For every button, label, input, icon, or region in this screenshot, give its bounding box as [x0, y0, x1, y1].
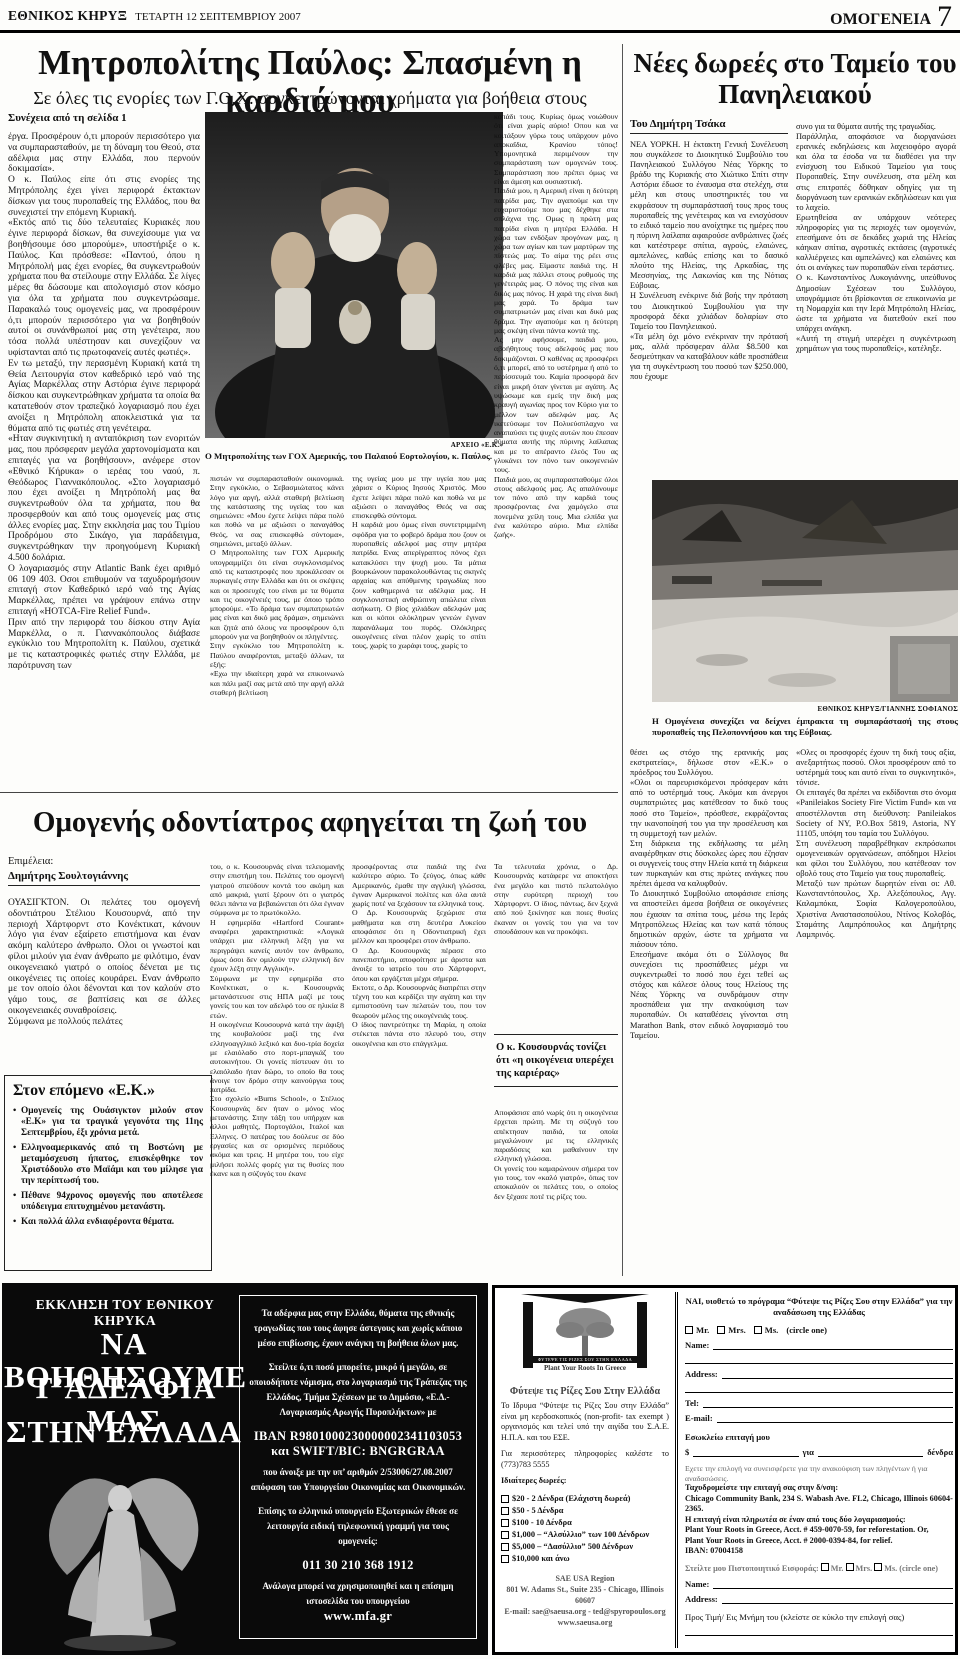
article1-column-2: πιστών να συμπαρασταθούν οικονομικά. Στη… [210, 474, 344, 780]
form-divider [675, 1292, 678, 1648]
tree-icon [550, 1304, 620, 1356]
ms-label: Ms. [884, 1564, 897, 1573]
ms-label: Ms. [765, 1325, 779, 1335]
address-label: Address: [685, 1369, 718, 1379]
sae-address-line: E-mail: sae@saeusa.org - ted@spyropoulos… [501, 1606, 669, 1617]
tel-field[interactable] [703, 1398, 953, 1408]
appeal-website: www.mfa.gr [249, 1609, 467, 1624]
roots-banner: ΦΥΤΕΨΕ ΤΙΣ ΡΙΖΕΣ ΣΟΥ ΣΤΗΝ ΕΛΛΑΔΑ [531, 1356, 639, 1363]
name-label: Name: [685, 1340, 709, 1350]
tier-checkbox[interactable] [501, 1555, 509, 1563]
right-column-1: ΝΕΑ ΥΟΡΚΗ. Η έκτακτη Γενική Συνέλευση πο… [630, 140, 788, 472]
appeal-paragraph: Στείλτε ό,τι ποσό μπορείτε, μικρό ή μεγά… [249, 1360, 467, 1420]
next-issue-item: Πέθανε 94χρονος ομογενής που αποτέλεσε υ… [13, 1191, 203, 1213]
roots-heading: Φύτεψε τις Ρίζες Σου Στην Ελλάδα [501, 1386, 669, 1397]
mr-label: Mr. [696, 1325, 709, 1335]
section-header: ΟΜΟΓΕΝΕΙΑ 7 [830, 2, 952, 32]
photo1-caption: Ο Μητροπολίτης των ΓΟΧ Αμερικής, του Παλ… [205, 451, 503, 462]
roots-logo-caption: Plant Your Roots In Greece [521, 1364, 649, 1372]
tier-checkbox[interactable] [501, 1543, 509, 1551]
appeal-ad: ΕΚΚΛΗΣΗ ΤΟΥ ΕΘΝΙΚΟΥ ΚΗΡΥΚΑ ΝΑ ΒΟΗΘΗΣΟΥΜΕ… [2, 1283, 488, 1655]
address-field[interactable] [722, 1369, 953, 1379]
cert-ms-checkbox[interactable] [874, 1563, 882, 1571]
continued-note: Συνέχεια από τη σελίδα 1 [8, 112, 200, 124]
form-note: Εχετε την επιλογή να συνεισφέρετε για τη… [685, 1464, 953, 1483]
appeal-iban: IBAN R9801000230000002341103053 [249, 1429, 467, 1444]
email-label: E-mail: [685, 1413, 713, 1423]
bank-address: Chicago Community Bank, 234 S. Wabash Av… [685, 1494, 953, 1515]
cert-mrs-checkbox[interactable] [846, 1563, 854, 1571]
account-line-1: Plant Your Roots in Greece, Acct. # 459-… [685, 1525, 953, 1536]
trees-label: δένδρα [927, 1447, 953, 1457]
cert-name-field[interactable] [713, 1579, 953, 1589]
fire-aftermath-photo-art [652, 480, 958, 702]
article1-column-1: έργα. Προσφέρουν ό,τι μπορούν περισσότερ… [8, 132, 200, 782]
sae-address-line: 801 W. Adams St., Suite 235 - Chicago, I… [501, 1584, 669, 1606]
newspaper-page: ΕΘΝΙΚΟΣ ΚΗΡΥΞ ΤΕΤΑΡΤΗ 12 ΣΕΠΤΕΜΒΡΙΟΥ 200… [0, 0, 960, 1659]
tier-label: $50 - 5 Δένδρα [512, 1505, 563, 1517]
amount-field[interactable] [693, 1447, 798, 1457]
mrs-label: Mrs. [856, 1564, 873, 1573]
roots-info-panel: ΦΥΤΕΨΕ ΤΙΣ ΡΙΖΕΣ ΣΟΥ ΣΤΗΝ ΕΛΛΑΔΑ Plant Y… [501, 1294, 669, 1650]
appeal-kicker: ΕΚΚΛΗΣΗ ΤΟΥ ΕΘΝΙΚΟΥ ΚΗΡΥΚΑ [14, 1297, 236, 1329]
name-field[interactable] [713, 1340, 953, 1350]
donation-tiers: $20 - 2 Δένδρα (Ελάχιστη δωρεά) $50 - 5 … [501, 1493, 669, 1565]
photo2-caption: Η Ομογένεια συνεχίζει να δείχνει έμπρακτ… [652, 716, 958, 738]
tier-label: $5,000 – “Δασύλλιο” 500 Δένδρων [512, 1541, 633, 1553]
right-column-1b: θέσει ως στόχο της ερανικής μας εκστρατε… [630, 748, 788, 1272]
salutation-row: Mr. Mrs. Ms. (circle one) [685, 1325, 953, 1335]
tier-label: $10,000 και άνω [512, 1553, 570, 1565]
appeal-paragraph: Τα αδέρφια μας στην Ελλάδα, θύματα της ε… [249, 1306, 467, 1351]
sae-address-line: SAE USA Region [501, 1573, 669, 1584]
angel-statue-image [12, 1455, 227, 1656]
circle-one-hint: (circle one) [899, 1564, 938, 1573]
article-divider [0, 792, 618, 793]
certificate-line: Στείλτε μου Πιστοποιητικό Εισφοράς: Mr. … [685, 1563, 953, 1575]
tier-label: $1,000 – “Αλσύλλιο” των 100 Δένδρων [512, 1529, 649, 1541]
tier-label: $100 - 10 Δένδρα [512, 1517, 572, 1529]
article1-column-4: κοπάδι τους. Κυρίως όμως νοιώθουν ότι εί… [494, 112, 618, 780]
appeal-swift: και SWIFT/BIC: BNGRGRAA [249, 1444, 467, 1459]
mrs-checkbox[interactable] [717, 1326, 725, 1334]
dollar-sign: $ [685, 1447, 689, 1457]
mr-checkbox[interactable] [685, 1326, 693, 1334]
address-field-line2[interactable] [685, 1383, 953, 1393]
tier-checkbox[interactable] [501, 1507, 509, 1515]
paper-name: ΕΘΝΙΚΟΣ ΚΗΡΥΞ [8, 8, 127, 23]
article1-column-3: της υγείας μου με την υγεία που μας χάρι… [352, 474, 486, 780]
appeal-details-panel: Τα αδέρφια μας στην Ελλάδα, θύματα της ε… [239, 1295, 477, 1639]
dentist-headline: Ομογενής οδοντίατρος αφηγείται τη ζωή το… [0, 806, 620, 839]
right-column-2b: «Ολες οι προσφορές έχουν τη δική τους αξ… [796, 748, 956, 1272]
roots-about: Το Ιδρυμα “Φύτεψε τις Ρίζες Σου στην Ελλ… [501, 1401, 669, 1443]
issue-date: ΤΕΤΑΡΤΗ 12 ΣΕΠΤΕΜΒΡΙΟΥ 2007 [135, 11, 301, 23]
right-column-2: συνο για τα θύματα αυτής της τραγωδίας. … [796, 122, 956, 472]
circle-one-hint: (circle one) [786, 1325, 827, 1335]
roots-logo: ΦΥΤΕΨΕ ΤΙΣ ΡΙΖΕΣ ΣΟΥ ΣΤΗΝ ΕΛΛΑΔΑ Plant Y… [521, 1294, 649, 1376]
payable-line: Η επιταγή είναι πληρωτέα σε έναν από του… [685, 1515, 953, 1526]
right-headline: Νέες δωρεές στο Ταμείο του Πανηλειακού [630, 48, 960, 110]
cert-address-field[interactable] [722, 1594, 953, 1604]
roots-info-line: Για περισσότερες πληροφορίες καλέστε το … [501, 1449, 669, 1470]
account-line-2: Plant Your Roots in Greece, Acct. # 2000… [685, 1536, 953, 1547]
cert-address-label: Address: [685, 1594, 718, 1604]
memorial-line: Προς Τιμή/ Εις Μνήμη του (κλείστε σε κύκ… [685, 1612, 953, 1622]
memorial-field[interactable] [685, 1626, 953, 1636]
metropolitan-photo [205, 112, 503, 438]
sae-address: SAE USA Region 801 W. Adams St., Suite 2… [501, 1573, 669, 1628]
dentist-column-4-top: Τα τελευταία χρόνια, ο Δρ. Κουσουρνάς κα… [494, 862, 618, 1030]
sae-website: www.saeusa.org [501, 1617, 669, 1628]
mrs-label: Mrs. [728, 1325, 745, 1335]
ms-checkbox[interactable] [754, 1326, 762, 1334]
photo2-credit: ΕΘΝΙΚΟΣ ΚΗΡΥΞ/ΓΙΑΝΝΗΣ ΣΟΦΙΑΝΟΣ [652, 705, 958, 713]
tier-checkbox[interactable] [501, 1495, 509, 1503]
trees-count-field[interactable] [818, 1447, 923, 1457]
photo1-credit: ΑΡΧΕΙΟ «Ε.Κ.» [205, 441, 503, 449]
next-issue-item: Ελληνοαμερικανός από τη Βοστώνη με μεταμ… [13, 1143, 203, 1187]
next-issue-box: Στον επόμενο «Ε.Κ.» Ομογενείς της Ουάσιγ… [4, 1075, 212, 1271]
dentist-column-1: ΟΥΑΣΙΓΚΤΟΝ. Οι πελάτες του ομογενή οδοντ… [8, 898, 200, 1068]
tiers-label: Ιδιαίτερες δωρεές: [501, 1476, 669, 1487]
dentist-column-2: του, ο κ. Κουσουρνάς είναι τελειομανής σ… [210, 862, 344, 1270]
tier-checkbox[interactable] [501, 1531, 509, 1539]
enclose-check-label: Εσωκλείω επιταγή μου [685, 1432, 770, 1442]
appeal-phone: 011 30 210 368 1912 [249, 1558, 467, 1573]
dentist-byline: Δημήτρης Σουλτογιάννης [8, 870, 200, 886]
roots-ad: ΦΥΤΕΨΕ ΤΙΣ ΡΙΖΕΣ ΣΟΥ ΣΤΗΝ ΕΛΛΑΔΑ Plant Y… [492, 1285, 958, 1655]
appeal-title-3: ΣΤΗΝ ΕΛΛΑΔΑ [4, 1415, 244, 1448]
tier-label: $20 - 2 Δένδρα (Ελάχιστη δωρεά) [512, 1493, 630, 1505]
appeal-paragraph: Επίσης το ελληνικό υπουργείο Εξωτερικών … [249, 1504, 467, 1549]
email-field[interactable] [717, 1413, 953, 1423]
dentist-pullquote: Ο κ. Κουσουρνάς τονίζει ότι «η οικογένει… [494, 1034, 618, 1087]
roots-form: ΝΑΙ, υιοθετώ το πρόγραμα “Φύτεψε τις Ρίζ… [685, 1296, 953, 1648]
tier-checkbox[interactable] [501, 1519, 509, 1527]
next-issue-title: Στον επόμενο «Ε.Κ.» [13, 1082, 203, 1100]
mr-label: Mr. [831, 1564, 844, 1573]
for-label: για [803, 1447, 814, 1457]
dentist-column-3: προσφέροντας στα παιδιά της ένα καλύτερο… [352, 862, 486, 1270]
appeal-paragraph: Ανάλογα μπορεί να χρησιμοποιηθεί και η ε… [249, 1579, 467, 1609]
page-number: 7 [937, 2, 952, 32]
form-pledge-line: ΝΑΙ, υιοθετώ το πρόγραμα “Φύτεψε τις Ρίζ… [685, 1296, 953, 1318]
dentist-column-4-bottom: Αποφάσισε από νωρίς ότι η οικογένεια έρχ… [494, 1108, 618, 1270]
masthead-rule [0, 30, 960, 33]
name-field-line2[interactable] [685, 1354, 953, 1364]
cert-mr-checkbox[interactable] [821, 1563, 829, 1571]
appeal-paragraph: που άνοιξε με την υπ’ αριθμόν 2/53006/27… [249, 1465, 467, 1495]
form-iban: IBAN: 07004158 [685, 1546, 953, 1557]
certificate-label: Στείλτε μου Πιστοποιητικό Εισφοράς: [685, 1564, 819, 1573]
right-byline: Του Δημήτρη Τσάκα [630, 118, 788, 134]
fire-aftermath-photo [652, 480, 958, 702]
mail-instruction: Ταχυδρομείστε την επιταγή σας στην δ/νση… [685, 1483, 953, 1494]
column-divider [622, 44, 623, 1276]
masthead: ΕΘΝΙΚΟΣ ΚΗΡΥΞ ΤΕΤΑΡΤΗ 12 ΣΕΠΤΕΜΒΡΙΟΥ 200… [8, 8, 301, 24]
next-issue-item: Και πολλά άλλα ενδιαφέροντα θέματα. [13, 1217, 203, 1228]
next-issue-item: Ομογενείς της Ουάσιγκτον μιλούν στον «Ε.… [13, 1106, 203, 1139]
metropolitan-photo-art [205, 112, 503, 438]
dentist-byline-label: Επιμέλεια: [8, 856, 200, 867]
tel-label: Tel: [685, 1398, 699, 1408]
cert-name-label: Name: [685, 1579, 709, 1589]
section-name: ΟΜΟΓΕΝΕΙΑ [830, 11, 931, 32]
